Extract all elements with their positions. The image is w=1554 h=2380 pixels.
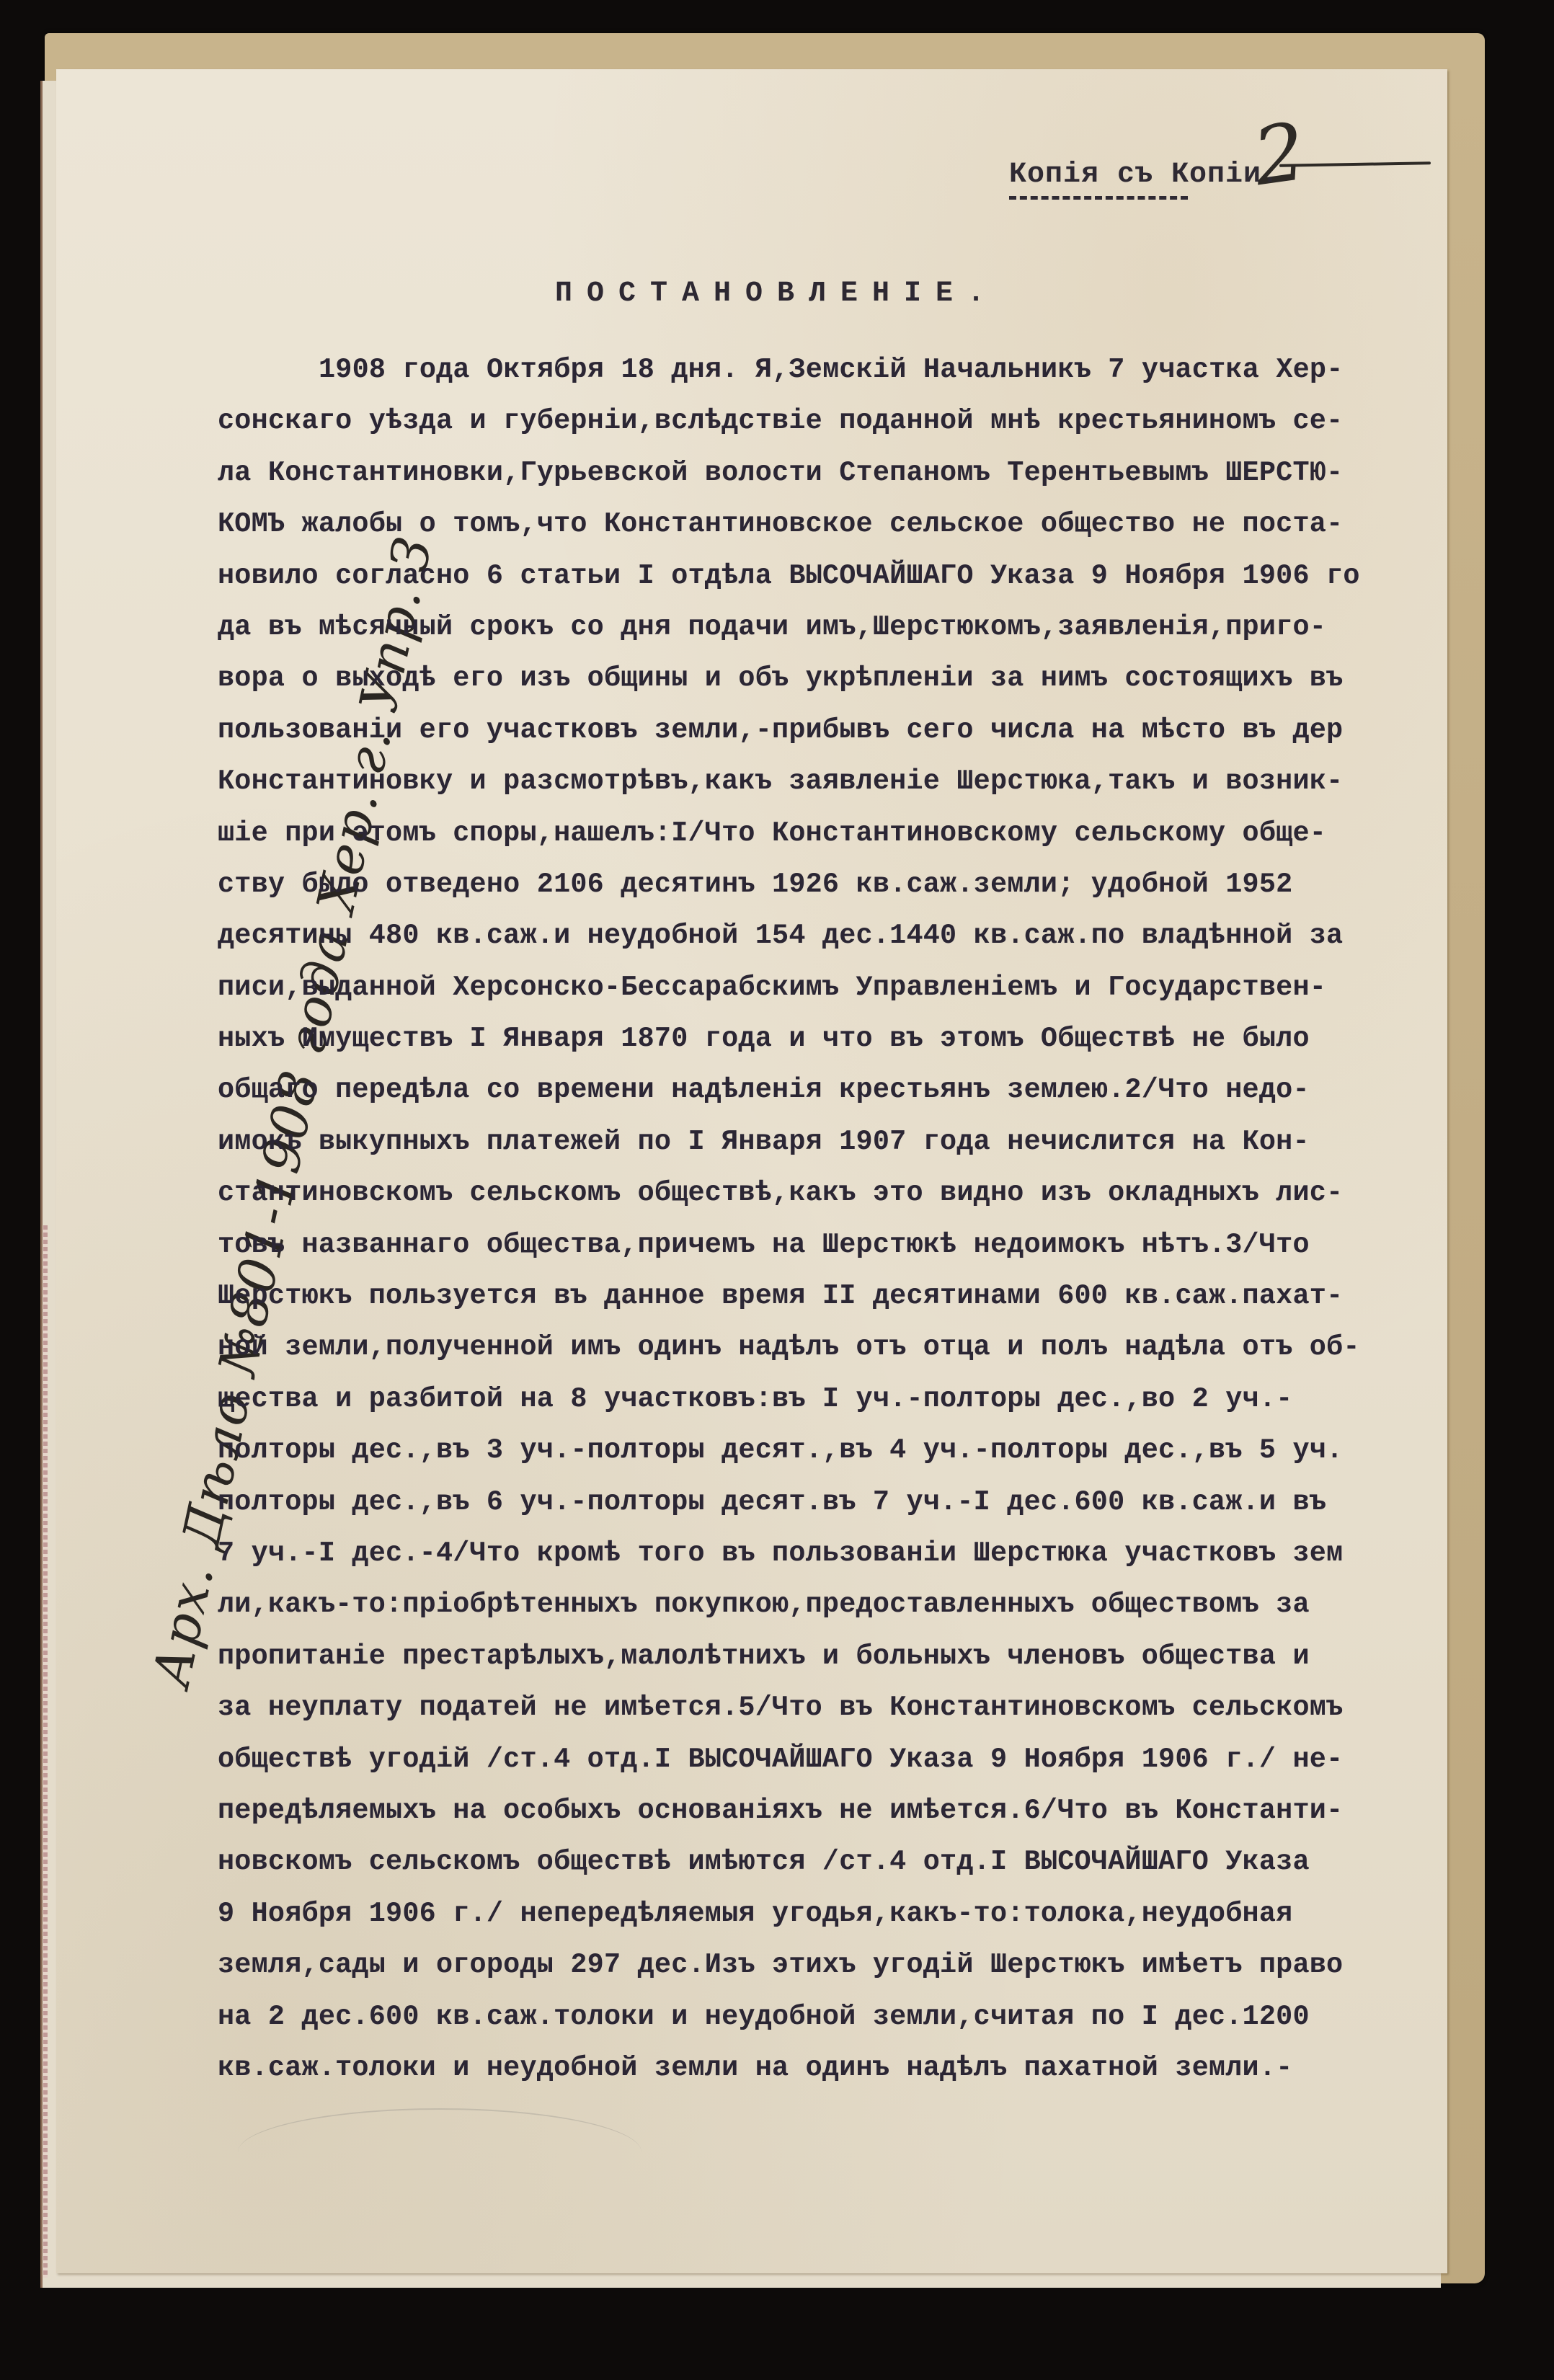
body-line: вора о выходѣ его изъ общины и объ укрѣп… <box>218 653 1457 704</box>
body-line: полторы дес.,въ 6 уч.-полторы десят.въ 7… <box>218 1477 1457 1528</box>
body-line: новскомъ сельскомъ обществѣ имѣются /ст.… <box>218 1837 1457 1888</box>
body-line: да въ мѣсячный срокъ со дня подачи имъ,Ш… <box>218 602 1457 653</box>
body-line: Шерстюкъ пользуется въ данное время II д… <box>218 1271 1457 1322</box>
body-line: ныхъ Имуществъ I Января 1870 года и что … <box>218 1013 1457 1065</box>
body-line: щества и разбитой на 8 участковъ:въ I уч… <box>218 1374 1457 1425</box>
body-line: ли,какъ-то:пріобрѣтенныхъ покупкою,предо… <box>218 1579 1457 1630</box>
body-line: обществѣ угодій /ст.4 отд.I ВЫСОЧАЙШАГО … <box>218 1734 1457 1785</box>
body-line: Константиновку и разсмотрѣвъ,какъ заявле… <box>218 756 1457 807</box>
body-line: пропитаніе престарѣлыхъ,малолѣтнихъ и бо… <box>218 1631 1457 1682</box>
body-line: имокъ выкупныхъ платежей по I Января 190… <box>218 1116 1457 1168</box>
body-line: пользованіи его участковъ земли,-прибывъ… <box>218 705 1457 756</box>
document-body: 1908 года Октября 18 дня. Я,Земскій Нача… <box>218 345 1457 2094</box>
body-line: передѣляемыхъ на особыхъ основаніяхъ не … <box>218 1785 1457 1837</box>
faint-pencil-mark <box>238 2108 641 2196</box>
body-line: писи,выданной Херсонско-Бессарабскимъ Уп… <box>218 962 1457 1013</box>
body-line: 1908 года Октября 18 дня. Я,Земскій Нача… <box>218 345 1457 396</box>
body-line: ла Константиновки,Гурьевской волости Сте… <box>218 448 1457 499</box>
document-title: ПОСТАНОВЛЕНІЕ. <box>0 277 1554 310</box>
body-line: сонскаго уѣзда и губерніи,вслѣдствіе под… <box>218 396 1457 447</box>
body-line: ной земли,полученной имъ одинъ надѣлъ от… <box>218 1322 1457 1373</box>
body-line: кв.саж.толоки и неудобной земли на одинъ… <box>218 2043 1457 2094</box>
body-line: полторы дес.,въ 3 уч.-полторы десят.,въ … <box>218 1425 1457 1476</box>
binding-thread <box>43 1225 48 2278</box>
body-line: ству было отведено 2106 десятинъ 1926 кв… <box>218 859 1457 910</box>
body-line: новило согласно 6 статьи I отдѣла ВЫСОЧА… <box>218 551 1457 602</box>
body-line: 9 Ноября 1906 г./ непередѣляемыя угодья,… <box>218 1888 1457 1940</box>
dashed-underline <box>1009 196 1188 200</box>
body-line: земля,сады и огороды 297 дес.Изъ этихъ у… <box>218 1940 1457 1991</box>
body-line: шіе при этомъ споры,нашелъ:I/Что Констан… <box>218 808 1457 859</box>
body-line: на 2 дес.600 кв.саж.толоки и неудобной з… <box>218 1992 1457 2043</box>
body-line: общаго передѣла со времени надѣленія кре… <box>218 1065 1457 1116</box>
body-line: десятины 480 кв.саж.и неудобной 154 дес.… <box>218 910 1457 962</box>
body-line: стантиновскомъ сельскомъ обществѣ,какъ э… <box>218 1168 1457 1219</box>
body-line: КОМЪ жалобы о томъ,что Константиновское … <box>218 499 1457 550</box>
body-line: 7 уч.-I дес.-4/Что кромѣ того въ пользов… <box>218 1528 1457 1579</box>
copy-header: Копія съ Копіи. <box>1009 159 1279 191</box>
body-line: товъ названнаго общества,причемъ на Шерс… <box>218 1220 1457 1271</box>
body-line: за неуплату податей не имѣется.5/Что въ … <box>218 1682 1457 1733</box>
